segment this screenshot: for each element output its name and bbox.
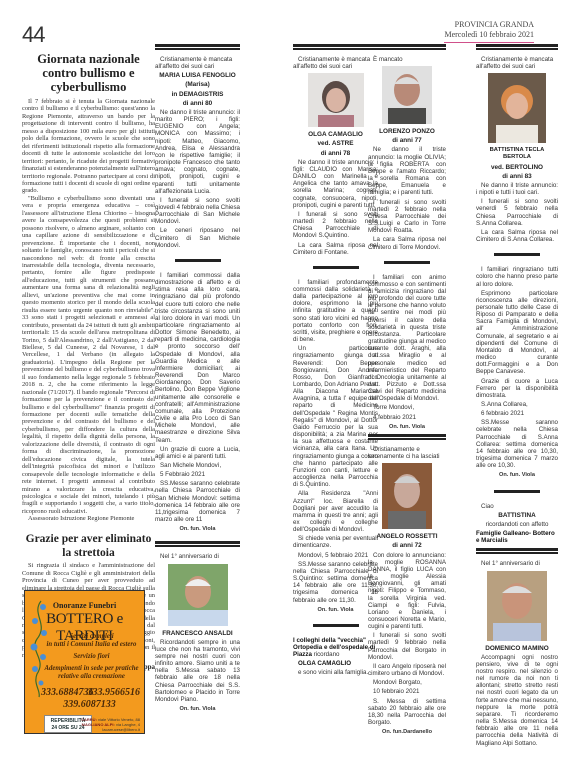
obituary-text: Ne danno il triste annuncio: il marito P…	[155, 109, 240, 195]
divider	[175, 259, 221, 262]
obituary-family: Famiglie Galleano- Bottero e Marcialis	[476, 530, 558, 544]
masthead-title: PROVINCIA GRANDA	[444, 20, 534, 30]
obituary-text: I funerali si sono svolti martedì 9 febb…	[368, 632, 446, 661]
obituary-married-name: ved. ASTRE	[293, 140, 378, 147]
divider	[155, 541, 240, 545]
obituary-text: La cara Salma riposa nel Cimitero di S.A…	[476, 229, 558, 243]
obituary-text: La cara Salma riposa nel Cimitero di Tor…	[368, 236, 446, 250]
obituary-age: di anni 77	[368, 137, 446, 144]
page-number: 44	[22, 22, 44, 48]
obituary-age: di anni 83	[476, 173, 558, 180]
ciao-text: Ciao	[476, 503, 558, 510]
funeral-agency: On. fun. Viola	[293, 607, 378, 614]
obituary-masses: SS.Messe saranno celebrate nella Chiesa …	[476, 419, 558, 469]
obituary-text: e sono vicini alla famiglia.	[293, 669, 378, 676]
obituary-intro: Cristianamente è mancata all'affetto dei…	[476, 56, 558, 70]
ad-service: Servizi completi	[39, 633, 144, 641]
article-bullismo-title: Giornata nazionale contro bullismo e cyb…	[22, 52, 155, 94]
obituary-thanks: I familiari con animo commosso e con sen…	[368, 274, 446, 403]
obituary-text: I funerali si sono svolti venerdì 5 febb…	[476, 198, 558, 227]
obituary-text: Ne danno il triste annuncio: la moglie O…	[368, 146, 446, 196]
obituary-intro: Nel 1° anniversario di	[155, 553, 240, 560]
divider	[494, 253, 540, 256]
obituary-intro: Cristianamente è mancata all'affetto dei…	[293, 56, 378, 70]
obituary-text: Ricordandoti sempre in una luce che non …	[155, 639, 240, 703]
obituary-text: Accompagni ogni nostro pensiero, vive di…	[476, 654, 558, 747]
obituary-married-name: ved. BERTOLINO	[476, 164, 558, 171]
divider	[313, 624, 359, 627]
masthead-date: Mercoledì 10 febbraio 2021	[444, 30, 534, 40]
obituary-text: ricordandoti con affetto	[476, 521, 558, 528]
divider	[368, 44, 446, 48]
ad-heading: Onoranze Funebri	[25, 601, 144, 610]
divider	[384, 261, 430, 264]
obituary-name: OLGA CAMAGLIO	[298, 660, 351, 667]
portrait-photo-ansaldi	[168, 564, 228, 626]
obituary-intro: Cristianamente e serenamente ci ha lasci…	[368, 446, 446, 460]
ad-phone[interactable]: 339.6087133	[35, 699, 144, 710]
obituary-thanks: I familiari ringraziano tutti coloro che…	[476, 266, 558, 287]
obituary-name: BATTISTINA	[476, 512, 558, 519]
obituary-text: Le ceneri riposano nel Cimitero di San M…	[155, 227, 240, 248]
funeral-agency: On. fun. Viola	[155, 706, 240, 713]
obituary-column-3: È mancato LORENZO PONZO di anni 77 Ne da…	[368, 44, 446, 739]
obituary-text: Con dolore lo annunciano: la moglie ROSA…	[368, 552, 446, 631]
divider	[476, 548, 558, 552]
obituary-masses: SS.Messe saranno celebrate nella Chiesa …	[155, 480, 240, 523]
obituary-name: OLGA CAMAGLIO	[293, 131, 378, 138]
divider	[476, 44, 558, 48]
funeral-agency: On. fun. Viola	[155, 526, 240, 533]
ad-service: in tutti i Comuni Italia ed estero	[39, 641, 144, 649]
obituary-date: 5 Febbraio 2021	[155, 471, 240, 478]
portrait-photo-bertola	[488, 73, 546, 143]
funeral-agency: On. fun.Dardanello	[368, 729, 446, 736]
obituary-nickname: (Marisa)	[155, 81, 240, 88]
obituary-text: I funerali si sono svolti martedì 2 febb…	[293, 211, 378, 240]
obituary-intro: Nel 1° anniversario di	[476, 560, 558, 567]
divider	[155, 44, 240, 48]
obituary-column-1: Cristianamente è mancata all'affetto dei…	[155, 44, 240, 716]
article-paragraph: "Bullismo e cyberbullismo sono diventati…	[22, 195, 155, 515]
ad-service: Servizio fiori	[39, 653, 144, 661]
obituary-age: di anni 72	[368, 542, 446, 549]
divider	[494, 490, 540, 493]
ad-service: Adempimenti in sede per pratiche	[39, 665, 144, 673]
article-strettoia-title: Grazie per aver eliminato la strettoia	[22, 532, 155, 560]
obituary-column-2: Cristianamente è mancata all'affetto dei…	[293, 44, 378, 679]
obituary-text: La cara Salma riposa nel Cimitero di Fon…	[293, 242, 378, 256]
portrait-photo-ponzo	[382, 66, 432, 124]
obituary-place-date: Mondovì, 5 febbraio 2021	[293, 552, 378, 559]
obituary-name: FRANCESCO ANSALDI	[155, 630, 240, 637]
obituary-thanks: Si chiede venia per eventuali dimentican…	[293, 535, 378, 549]
portrait-photo-camaglio	[308, 73, 364, 127]
article-bullismo-body: Il 7 febbraio si è tenuta la Giornata na…	[22, 98, 155, 515]
divider	[313, 266, 359, 269]
portrait-photo-mamino	[487, 571, 547, 641]
obituary-text: I funerali si sono svolti martedì 2 febb…	[368, 199, 446, 235]
divider	[293, 44, 378, 48]
obituary-name: LORENZO PONZO	[368, 128, 446, 135]
ad-addresses: CARRÙ: viale Vittorio Veneto, 88 MAGLIAN…	[81, 717, 140, 732]
obituary-thanks: I familiari profondamente commossi dalla…	[293, 279, 378, 343]
obituary-thanks: Esprimono particolare riconoscenza alle …	[476, 290, 558, 376]
funeral-home-ad[interactable]: Onoranze Funebri BOTTERO e TARDITI Servi…	[24, 590, 145, 734]
obituary-date: 6 febbraio 2021	[476, 410, 558, 417]
obituary-thanks: Un grazie di cuore a Lucia, agli amici e…	[155, 446, 240, 460]
ad-phone[interactable]: 333.9566516	[88, 687, 141, 698]
colleagues-verb: ricordano	[314, 651, 340, 658]
obituary-column-4: Cristianamente è mancata all'affetto dei…	[476, 44, 558, 749]
masthead: PROVINCIA GRANDA Mercoledì 10 febbraio 2…	[444, 20, 534, 43]
obituary-text: I funerali si sono svolti giovedì 4 febb…	[155, 197, 240, 226]
obituary-thanks: Grazie di cuore a Luca Ferrero per la di…	[476, 378, 558, 399]
obituary-intro: È mancato	[368, 56, 446, 63]
obituary-place: Mondovì Borgato,	[368, 679, 446, 686]
obituary-text: Ne danno il triste annuncio: i nipoti e …	[476, 182, 558, 196]
portrait-photo-rossetti	[382, 463, 432, 529]
funeral-agency: On. fun. Viola	[476, 472, 558, 479]
obituary-age: di anni 78	[293, 150, 378, 157]
obituary-text: Ne danno il triste annuncio: i figli: CL…	[293, 159, 378, 209]
obituary-masses: SS.Messe saranno celebrate nella Chiesa …	[293, 561, 378, 604]
obituary-text: Il caro Angelo riposerà nel cimitero urb…	[368, 663, 446, 677]
obituary-thanks: Un particolare ringraziamento giunga ai …	[293, 345, 378, 488]
obituary-date: 10 febbraio 2021	[368, 688, 446, 695]
obituary-thanks: Alla Residenza "Anni Azzurri" loc. Biare…	[293, 490, 378, 533]
obituary-intro: Cristianamente è mancata all'affetto dei…	[155, 56, 240, 70]
obituary-age: di anni 80	[155, 100, 240, 107]
obituary-place: Torre Mondovì,	[368, 404, 446, 411]
obituary-name: MARIA LUISA FENOGLIO	[155, 72, 240, 79]
divider	[368, 434, 446, 438]
obituary-date: 4 febbraio 2021	[368, 414, 446, 421]
article-paragraph: Il 7 febbraio si è tenuta la Giornata na…	[22, 98, 155, 195]
obituary-place: S.Anna Collarea,	[476, 401, 558, 408]
obituary-name: ANGELO ROSSETTI	[368, 533, 446, 540]
ad-service: relative alla cremazione	[39, 673, 144, 681]
left-articles: Giornata nazionale contro bullismo e cyb…	[22, 52, 155, 677]
obituary-thanks: I familiari commossi dalla dimostrazione…	[155, 272, 240, 444]
obituary-name: DOMENICO MAMINO	[476, 645, 558, 652]
obituary-name: BATTISTINA TECLA BERTOLA	[476, 147, 558, 161]
obituary-place: San Michele Mondovì,	[155, 462, 240, 469]
article-bullismo-signature: Assessorato Istruzione Regione Piemonte	[22, 515, 155, 522]
funeral-agency: On. fun. Viola	[368, 424, 446, 431]
obituary-married-name: in DEMAGISTRIS	[155, 91, 240, 98]
ad-email[interactable]: lacarrucese@libero.it	[81, 727, 140, 732]
obituary-masses: S. Messa di settima sabato 20 febbraio a…	[368, 698, 446, 727]
